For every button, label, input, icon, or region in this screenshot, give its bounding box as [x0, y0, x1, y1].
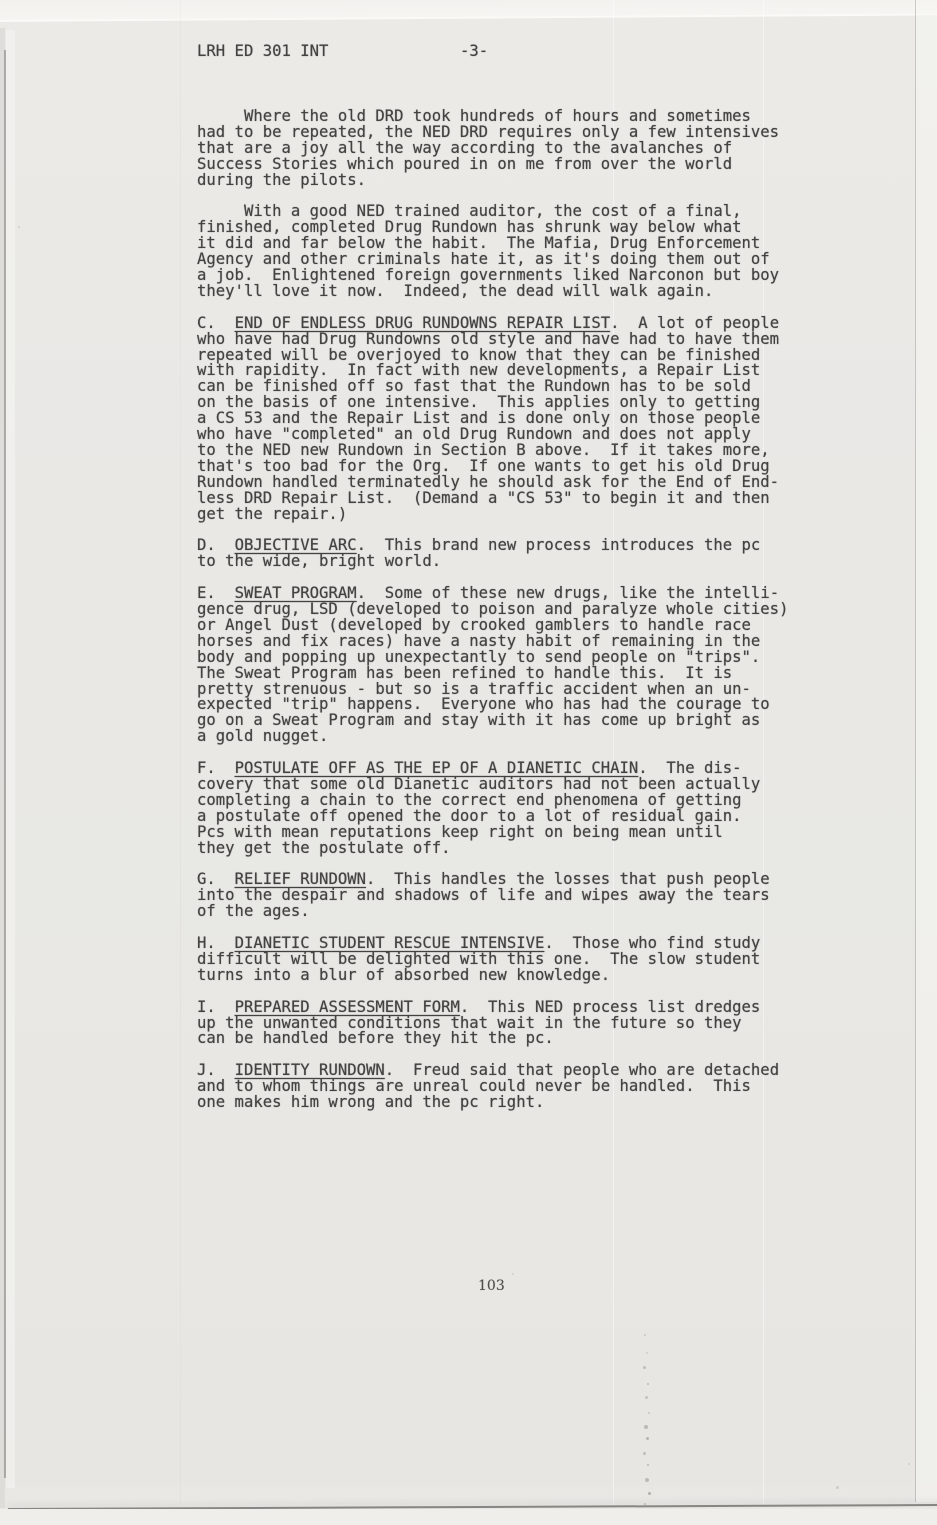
speckle — [647, 1464, 649, 1466]
scan-left-edge-highlight — [6, 30, 15, 1488]
speckle — [644, 1425, 648, 1429]
document-paragraph: E. SWEAT PROGRAM. Some of these new drug… — [197, 586, 857, 745]
section-title: SWEAT PROGRAM — [235, 584, 357, 602]
speckle — [644, 1334, 646, 1336]
document-paragraph: C. END OF ENDLESS DRUG RUNDOWNS REPAIR L… — [197, 316, 857, 523]
scan-right-edge-highlight — [916, 0, 937, 1502]
speckle — [646, 1437, 649, 1440]
speckle — [645, 1396, 648, 1399]
document-paragraph: D. OBJECTIVE ARC. This brand new process… — [197, 538, 857, 570]
document-id: LRH ED 301 INT — [197, 44, 328, 60]
section-title: POSTULATE OFF AS THE EP OF A DIANETIC CH… — [235, 759, 639, 777]
section-title: IDENTITY RUNDOWN — [235, 1061, 385, 1079]
scanner-streak — [180, 0, 181, 1505]
document-paragraph: With a good NED trained auditor, the cos… — [197, 204, 857, 299]
document-paragraph: H. DIANETIC STUDENT RESCUE INTENSIVE. Th… — [197, 936, 857, 984]
section-title: RELIEF RUNDOWN — [235, 870, 366, 888]
speckle — [646, 1352, 648, 1354]
speckle — [648, 1412, 650, 1414]
document-paragraph: F. POSTULATE OFF AS THE EP OF A DIANETIC… — [197, 761, 857, 856]
speckle — [647, 1383, 649, 1385]
document-paragraph: I. PREPARED ASSESSMENT FORM. This NED pr… — [197, 1000, 857, 1048]
speckle — [836, 1486, 839, 1489]
section-title: OBJECTIVE ARC — [235, 536, 357, 554]
document-paragraph: Where the old DRD took hundreds of hours… — [197, 109, 857, 189]
speckle — [908, 1463, 910, 1465]
section-title: PREPARED ASSESSMENT FORM — [235, 998, 460, 1016]
scan-top-edge — [0, 0, 937, 22]
speckle — [643, 1366, 646, 1369]
section-title: DIANETIC STUDENT RESCUE INTENSIVE — [235, 934, 545, 952]
section-title: END OF ENDLESS DRUG RUNDOWNS REPAIR LIST — [235, 314, 611, 332]
page-header: LRH ED 301 INT -3- — [0, 44, 937, 64]
speckle — [645, 1478, 649, 1482]
scan-bottom-strip — [0, 1509, 937, 1525]
page-number: 103 — [478, 1278, 505, 1294]
page-marker: -3- — [460, 44, 488, 60]
document-paragraph: J. IDENTITY RUNDOWN. Freud said that peo… — [197, 1063, 857, 1111]
document-body: Where the old DRD took hundreds of hours… — [197, 109, 857, 1127]
speckle — [512, 1273, 514, 1275]
speckle — [648, 1492, 651, 1495]
speckle — [18, 226, 20, 228]
speckle — [643, 1452, 646, 1455]
speckle — [644, 1503, 646, 1505]
document-paragraph: G. RELIEF RUNDOWN. This handles the loss… — [197, 872, 857, 920]
scanned-document-page: LRH ED 301 INT -3- Where the old DRD too… — [0, 0, 937, 1525]
